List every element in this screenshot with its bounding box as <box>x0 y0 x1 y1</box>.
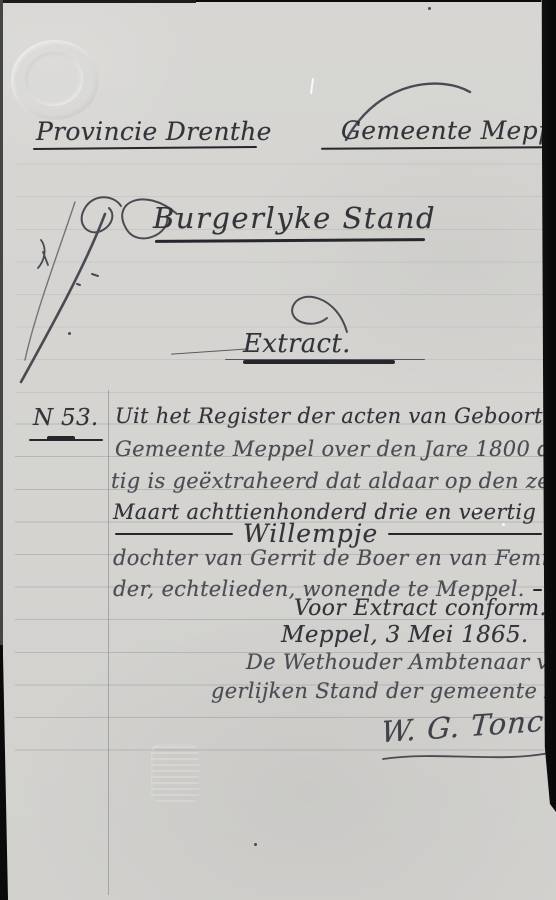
name-dash-left <box>115 533 233 535</box>
parents-line: dochter van Gerrit de Boer en van Femmig… <box>113 548 556 569</box>
document-page: Provincie Drenthe Gemeente Meppel. J. f.… <box>3 2 556 900</box>
paper-speck <box>474 509 478 513</box>
act-number: N 53. <box>33 407 99 430</box>
child-name: Willempje <box>243 521 378 546</box>
child-name-row: Willempje <box>115 521 542 546</box>
name-dash-right <box>388 533 542 535</box>
paper-dot <box>428 7 431 10</box>
photo-edge-top <box>0 0 196 3</box>
document-subtitle: Extract. <box>243 331 351 357</box>
paper-speck <box>310 78 314 94</box>
embossed-seal-icon <box>11 40 99 120</box>
scanned-document-photo: Provincie Drenthe Gemeente Meppel. J. f.… <box>0 0 556 900</box>
signature-underline-flourish <box>381 748 553 764</box>
register-line: Gemeente Meppel over den Jare 1800 drie … <box>115 439 556 460</box>
paper-dot <box>68 332 71 335</box>
document-title: Burgerlyke Stand <box>153 204 436 233</box>
register-line: tig is geëxtraheerd dat aldaar op den ze… <box>111 471 556 492</box>
embossed-stamp-icon <box>151 744 199 802</box>
act-number-underline-thick <box>47 436 75 441</box>
official-title-line: gerlijken Stand der gemeente Meppel. <box>211 681 556 702</box>
margin-rule-line <box>108 390 109 895</box>
paper-dot <box>254 843 257 846</box>
subtitle-underline <box>243 360 395 364</box>
header-municipality: Gemeente Meppel. <box>341 118 556 143</box>
official-title-line: De Wethouder Ambtenaar van den bur <box>246 652 556 673</box>
place-date-line: Meppel, 3 Mei 1865. <box>281 624 529 647</box>
embossed-seal-inner-ring <box>25 52 83 106</box>
photo-edge-left <box>0 0 3 648</box>
header-province: Provincie Drenthe <box>36 119 272 144</box>
paper-speck <box>502 523 505 526</box>
certification-line: Voor Extract conform. <box>294 598 547 620</box>
register-line: Uit het Register der acten van Geboorten… <box>115 406 556 427</box>
parents-trailing-dash <box>533 589 542 591</box>
